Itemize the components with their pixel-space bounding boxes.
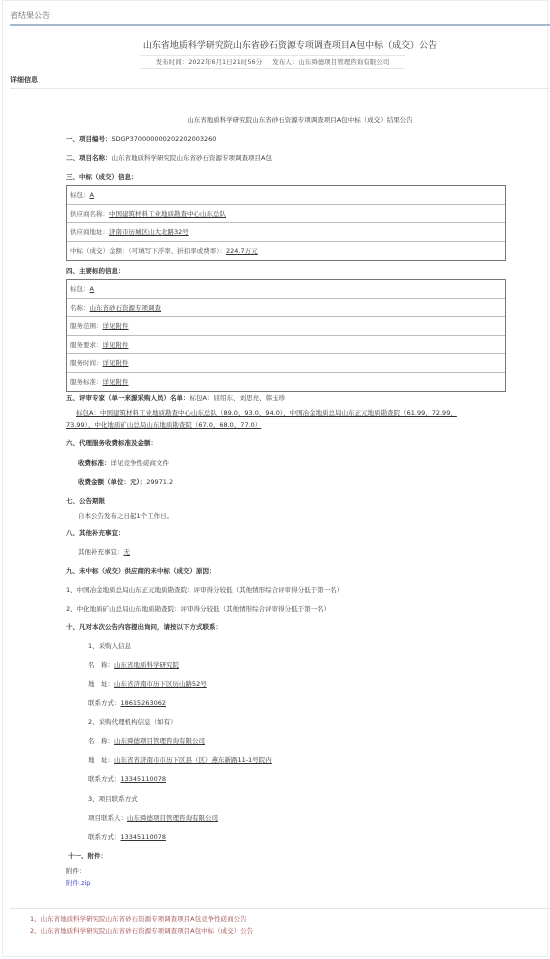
publisher: 发布人：山东舜德项目管理咨询有限公司	[272, 58, 389, 66]
related-link-2[interactable]: 2、山东省地质科学研究院山东省砂石资源专项调查项目A包中标（成交）公告	[30, 926, 253, 935]
footer-divider	[10, 908, 550, 909]
table-row: 供应商地址：济南市历城区山大北路32号	[67, 223, 505, 242]
expert-scores-line2: 73.99）、中化地质矿山总局山东地质勘查院（67.0、68.0、77.0）	[66, 420, 261, 429]
table-row: 服务时间：详见附件	[67, 354, 505, 373]
table-row: 标包：A	[67, 186, 505, 205]
agency-name: 名 称：山东舜德项目管理咨询有限公司	[88, 736, 205, 745]
result-subtitle: 山东省地质科学研究院山东省砂石资源专项调查项目A包中标（成交）结果公告	[0, 115, 550, 124]
other-matters: 其他补充事宜：无	[78, 547, 130, 556]
publish-time: 发布时间：2022年6月1日21时56分	[156, 58, 262, 66]
project-contact-phone: 联系方式：13345110078	[88, 832, 166, 841]
buyer-name: 名 称：山东省地质科学研究院	[88, 660, 179, 669]
main-items-table: 标包：A 名称：山东省砂石资源专项调查 服务范围：详见附件 服务要求：详见附件 …	[66, 279, 506, 392]
fee-amount: 收费金额（单位：元）：29971.2	[78, 477, 173, 486]
buyer-phone: 联系方式：18615263062	[88, 698, 166, 707]
page-title: 山东省地质科学研究院山东省砂石资源专项调查项目A包中标（成交）公告	[0, 38, 550, 51]
table-row: 名称：山东省砂石资源专项调查	[67, 299, 505, 318]
notice-period-heading: 七、公告期限	[66, 496, 105, 505]
attachments-heading: 十一、附件：	[68, 851, 107, 860]
project-contact-heading: 3、项目联系方式	[88, 794, 138, 803]
detail-divider	[10, 88, 550, 89]
breadcrumb[interactable]: 省结果公告	[10, 10, 50, 21]
unsuccessful-reason-2: 2、中化地质矿山总局山东地质勘查院：评审得分较低（其他情形综合评审得分低于第一名…	[66, 604, 330, 613]
unsuccessful-reason-1: 1、中国冶金地质总局山东正元地质勘查院：评审得分较低（其他情形综合评审得分低于第…	[66, 585, 343, 594]
agency-heading: 2、采购代理机构信息（如有）	[88, 717, 177, 726]
project-name: 二、项目名称：山东省地质科学研究院山东省砂石资源专项调查项目A包	[66, 153, 272, 162]
table-row: 供应商名称：中国建筑材料工业地质勘查中心山东总队	[67, 205, 505, 224]
agency-address: 地 址：山东省省济南市市历下区县（区）燕东新路11-1号院内	[88, 755, 272, 764]
table-row: 标包：A	[67, 280, 505, 299]
award-table: 标包：A 供应商名称：中国建筑材料工业地质勘查中心山东总队 供应商地址：济南市历…	[66, 185, 506, 261]
other-matters-heading: 八、其他补充事宜：	[66, 528, 125, 537]
attachment-label: 附件：	[66, 866, 86, 875]
notice-period-text: 自本公告发布之日起1个工作日。	[78, 511, 173, 520]
agency-phone: 联系方式：13345110078	[88, 774, 166, 783]
buyer-heading: 1、采购人信息	[88, 641, 131, 650]
buyer-address: 地 址：山东省济南市历下区历山路52号	[88, 679, 207, 688]
related-link-1[interactable]: 1、山东省地质科学研究院山东省砂石资源专项调查项目A包竞争性磋商公告	[30, 914, 247, 923]
detail-heading: 详细信息	[10, 75, 38, 85]
project-number: 一、项目编号：SDGP370000000202202003260	[66, 134, 216, 143]
contact-heading: 十、凡对本次公告内容提出询问，请按以下方式联系：	[66, 622, 222, 631]
table-row: 服务要求：详见附件	[67, 336, 505, 355]
publish-meta: 发布时间：2022年6月1日21时56分 发布人：山东舜德项目管理咨询有限公司	[140, 55, 405, 69]
project-contact-person: 项目联系人：山东舜德项目管理咨询有限公司	[88, 813, 218, 822]
main-items-heading: 四、主要标的信息：	[66, 266, 125, 275]
table-row: 服务标准：详见附件	[67, 373, 505, 392]
award-info-heading: 三、中标（成交）信息：	[66, 172, 138, 181]
attachment-link[interactable]: 附件.zip	[66, 878, 90, 887]
unsuccessful-heading: 九、未中标（成交）供应商的未中标（成交）原因：	[66, 566, 216, 575]
expert-scores-line1: 标包A：中国建筑材料工业地质勘查中心山东总队（89.0、93.0、94.0）、中…	[76, 408, 457, 417]
table-row: 中标（成交）金额：（可填写下浮率、折扣率或费率）：224.7万元	[67, 242, 505, 261]
experts-section: 五、评审专家（单一来源采购人员）名单：标包A：屈绍东、刘思亮、韩玉珍	[66, 393, 285, 402]
breadcrumb-divider	[10, 24, 550, 26]
fee-standard: 收费标准：详见竞争性磋商文件	[78, 458, 169, 467]
table-row: 服务范围：详见附件	[67, 317, 505, 336]
agency-fee-heading: 六、代理服务收费标准及金额：	[66, 438, 157, 447]
